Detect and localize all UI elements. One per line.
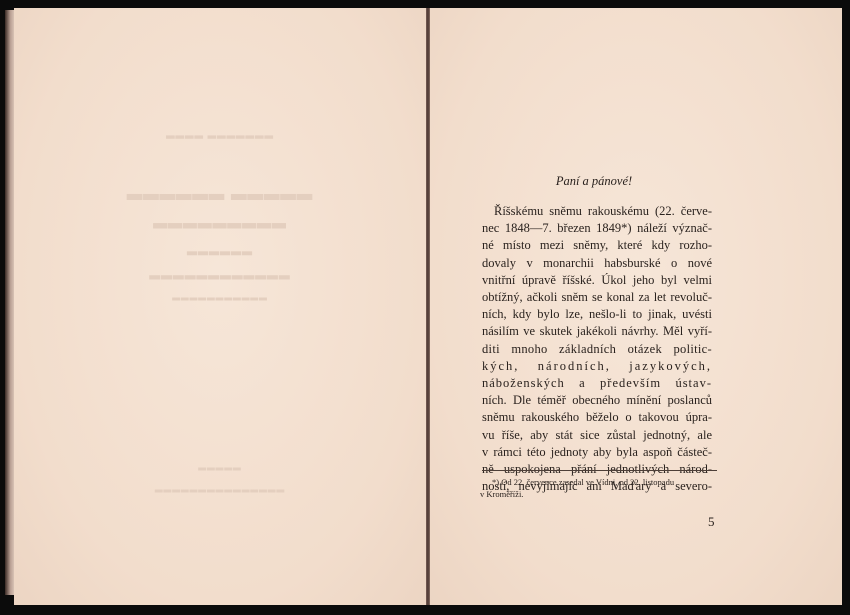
body-paragraph: Říšskému sněmu rakouskému (22. červe- ne… [482,203,712,495]
footnote-divider [482,470,717,471]
bleed-through-text: ▂▂▂▂▂▂▂▂▂▂▂ [14,290,426,301]
text-line: ních, kdy bylo lze, nešlo-li to jinak, u… [482,306,712,323]
text-line: nec 1848—7. březen 1849*) náleží význač- [482,220,712,237]
bleed-through-text: ▂▂▂▂▂▂▂▂▂ [14,208,426,229]
footnote-line: v Kroměříži. [480,488,720,500]
text-line: diti mnoho základních otázek politic- [482,341,712,358]
text-line: náboženských a především ústav- [482,375,712,392]
page-number: 5 [708,514,715,530]
page-content: Paní a pánové! Říšskému sněmu rakouskému… [482,174,712,495]
bleed-through-text: ▂▂▂▂ ▂▂▂▂▂▂▂ [14,126,426,139]
text-line: kých, národních, jazykových, [482,358,712,375]
salutation-heading: Paní a pánové! [476,174,712,189]
text-line: obtížný, ačkoli sněm se konal za let rev… [482,289,712,306]
bleed-through-text: ▂▂▂▂▂▂ ▂▂▂▂▂ [14,176,426,201]
book-spread: ▂▂▂▂ ▂▂▂▂▂▂▂ ▂▂▂▂▂▂ ▂▂▂▂▂ ▂▂▂▂▂▂▂▂▂ ▂▂▂▂… [0,0,850,615]
right-page: Paní a pánové! Říšskému sněmu rakouskému… [430,8,842,605]
bleed-through-text: ▂▂▂▂▂▂▂▂▂▂▂▂▂▂▂ [14,482,426,493]
footnote: *) Od 22. července zasedal ve Vídni, od … [480,476,720,500]
footnote-line: *) Od 22. července zasedal ve Vídni, od … [480,476,720,488]
text-line: vu říše, aby stát sice zůstal jednotný, … [482,427,712,444]
text-line: ních. Dle téměř obecného mínění poslanců [482,392,712,409]
text-line: dovaly v monarchii habsburské o nové [482,255,712,272]
left-page: ▂▂▂▂ ▂▂▂▂▂▂▂ ▂▂▂▂▂▂ ▂▂▂▂▂ ▂▂▂▂▂▂▂▂▂ ▂▂▂▂… [14,8,426,605]
text-line: v rámci této jednoty aby byla aspoň část… [482,444,712,461]
bleed-through-text: ▂▂▂▂▂▂▂▂▂▂▂▂ [14,264,426,281]
text-line: vnitřní úpravě říšské. Úkol jeho byl vel… [482,272,712,289]
text-line: násilím ve skutek jakékoli návrhy. Měl v… [482,323,712,340]
left-page-edge [5,10,14,595]
text-line: sněmu rakouského běželo o takovou úpra- [482,409,712,426]
text-line: Říšskému sněmu rakouskému (22. červe- [482,203,712,220]
text-line: né místo mezi sněmy, které kdy rozho- [482,237,712,254]
bleed-through-text: ▂▂▂▂▂ [14,460,426,471]
bleed-through-text: ▂▂▂▂▂▂ [14,240,426,256]
